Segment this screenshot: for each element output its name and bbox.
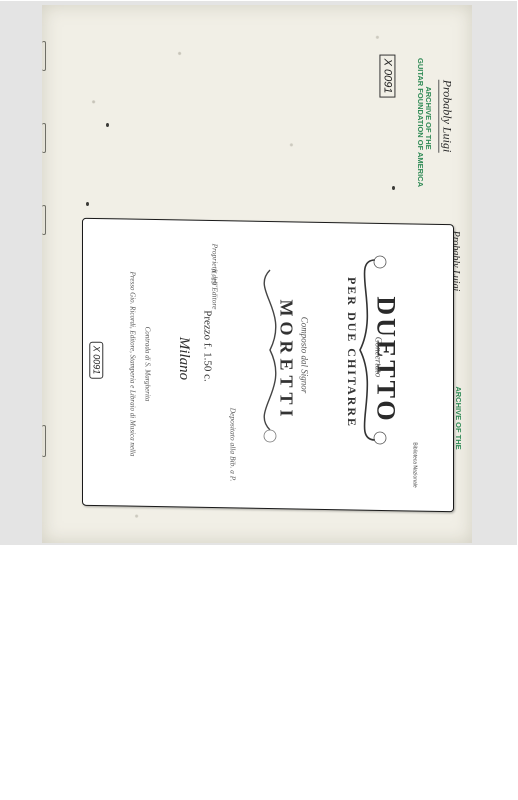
deposit-text: Depositato alla Bib. a P. (228, 408, 237, 482)
subtitle-text: Concertato (373, 337, 383, 378)
archive-stamp-line1: ARCHIVE OF THE (424, 58, 432, 178)
punch-hole-mark (106, 123, 109, 127)
library-stamp: Biblioteca Nazionale (412, 442, 418, 487)
handwritten-note: Probably Luigi (438, 80, 454, 153)
composed-by-text: Composto dal Signor (299, 317, 309, 394)
punch-hole-mark (86, 202, 89, 206)
side-archive-stamp-line1: ARCHIVE OF THE (454, 358, 462, 478)
archive-stamp-line2: GUITAR FOUNDATION OF AMERICA (416, 58, 424, 178)
composer-name: MORETTI (276, 299, 297, 421)
title-page-catalog-id: X 0091 (89, 342, 103, 379)
binding-clip-mark (42, 205, 46, 235)
plate-number: N. 19 (210, 268, 219, 284)
publisher-line-2: Contrada di S. Margherita (143, 327, 151, 402)
archive-stamp: ARCHIVE OF THE GUITAR FOUNDATION OF AMER… (416, 58, 432, 178)
city-text: Milano (175, 337, 192, 380)
punch-hole-mark (392, 186, 395, 190)
publisher-line-1: Presso Gio. Ricordi, Editore, Stamperia … (128, 272, 136, 457)
instrumentation-text: PER DUE CHITARRE (344, 277, 359, 428)
binding-clip-mark (42, 123, 46, 153)
catalog-id-box: X 0091 (379, 55, 395, 98)
price-text: Prezzo f. 1.50 c. (202, 310, 214, 381)
binding-clip-mark (42, 425, 46, 457)
binding-clip-mark (42, 41, 46, 71)
